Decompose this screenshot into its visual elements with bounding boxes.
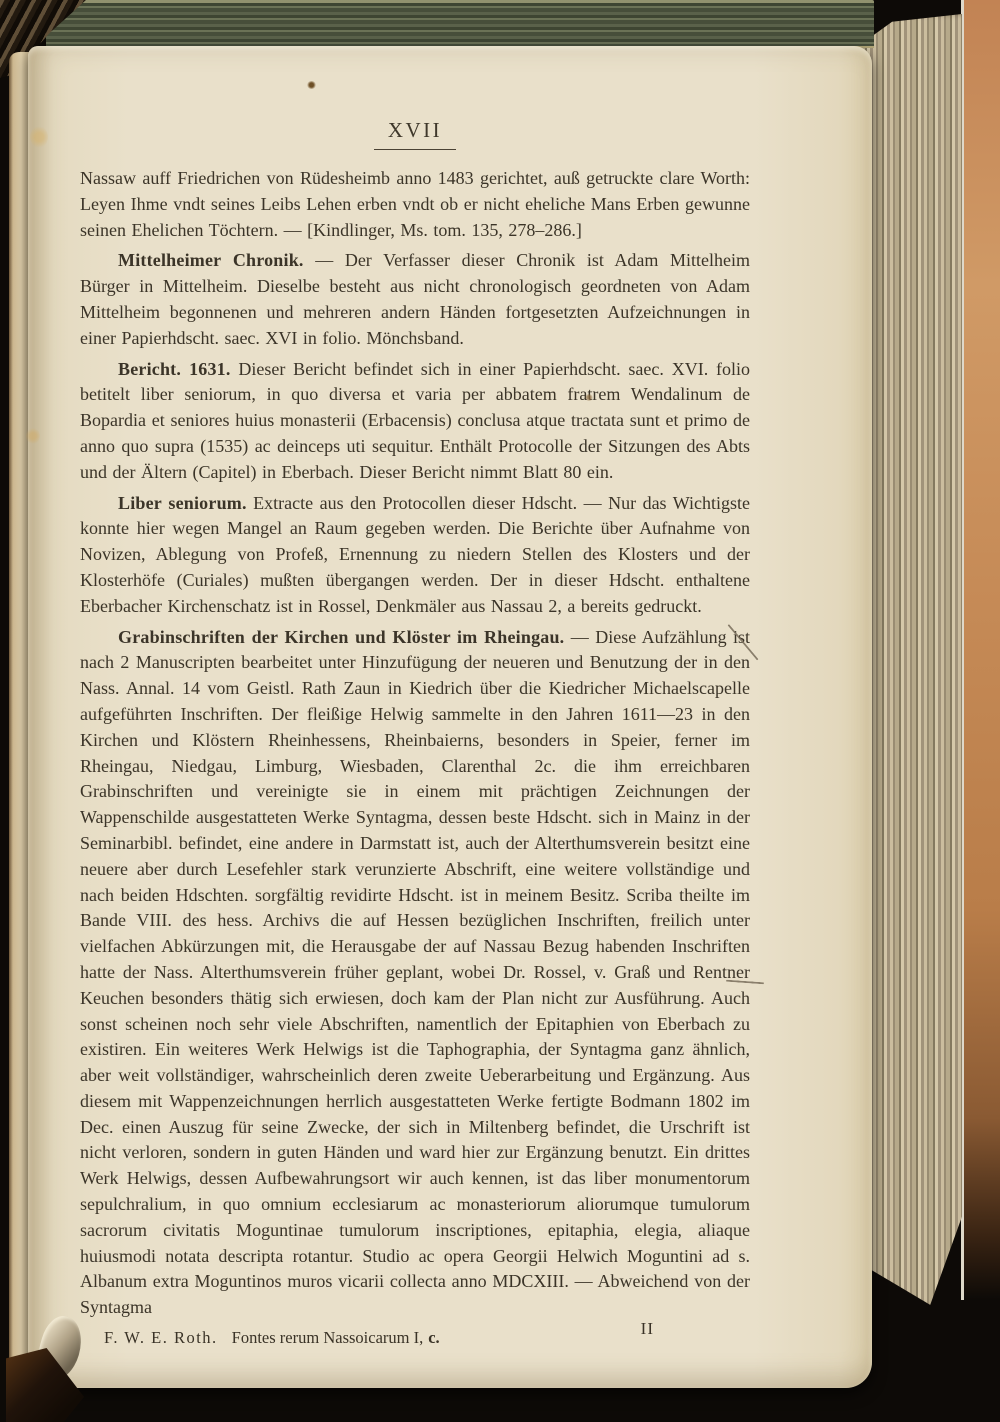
- foxing-spot: [307, 81, 316, 89]
- paragraph-mittelheimer-chronik: Mittelheimer Chronik. — Der Verfasser di…: [80, 248, 750, 351]
- photo-scene: XVII Nassaw auff Friedrichen von Rüdeshe…: [0, 0, 1000, 1422]
- paragraph-lead: Mittelheimer Chronik.: [118, 250, 304, 270]
- paragraph-lead: Liber seniorum.: [118, 493, 247, 513]
- paragraph-lead: Grabinschriften der Kirchen und Klöster …: [118, 627, 564, 647]
- footer-series-title-bold: c.: [428, 1328, 439, 1348]
- footer-series-title: Fontes rerum Nassoicarum I,: [232, 1328, 424, 1348]
- page-footer: F. W. E. Roth. Fontes rerum Nassoicarum …: [80, 1328, 750, 1348]
- book-top-edge: [46, 0, 874, 48]
- paragraph-continuation: Nassaw auff Friedrichen von Rüdesheimb a…: [80, 166, 750, 243]
- footer-author-signature: F. W. E. Roth.: [104, 1328, 218, 1348]
- sheet-signature-mark: II: [641, 1319, 654, 1339]
- paragraph-bericht-1631: Bericht. 1631. Dieser Bericht befindet s…: [80, 357, 750, 486]
- foxing-spot: [585, 394, 593, 401]
- page-number: XVII: [374, 118, 456, 150]
- book-page: XVII Nassaw auff Friedrichen von Rüdeshe…: [28, 46, 872, 1388]
- paragraph-lead: Bericht. 1631.: [118, 359, 231, 379]
- paragraph-grabinschriften: Grabinschriften der Kirchen und Klöster …: [80, 625, 750, 1322]
- adjacent-book-edge: [961, 0, 1000, 1300]
- paragraph-text: Nassaw auff Friedrichen von Rüdesheimb a…: [80, 168, 750, 240]
- foxing-spot: [26, 428, 40, 444]
- paragraph-text: — Diese Aufzählung ist nach 2 Manuscript…: [80, 627, 750, 1318]
- paragraph-liber-seniorum: Liber seniorum. Extracte aus den Protoco…: [80, 491, 750, 620]
- running-head: XVII: [80, 118, 750, 150]
- foxing-spot: [30, 126, 48, 148]
